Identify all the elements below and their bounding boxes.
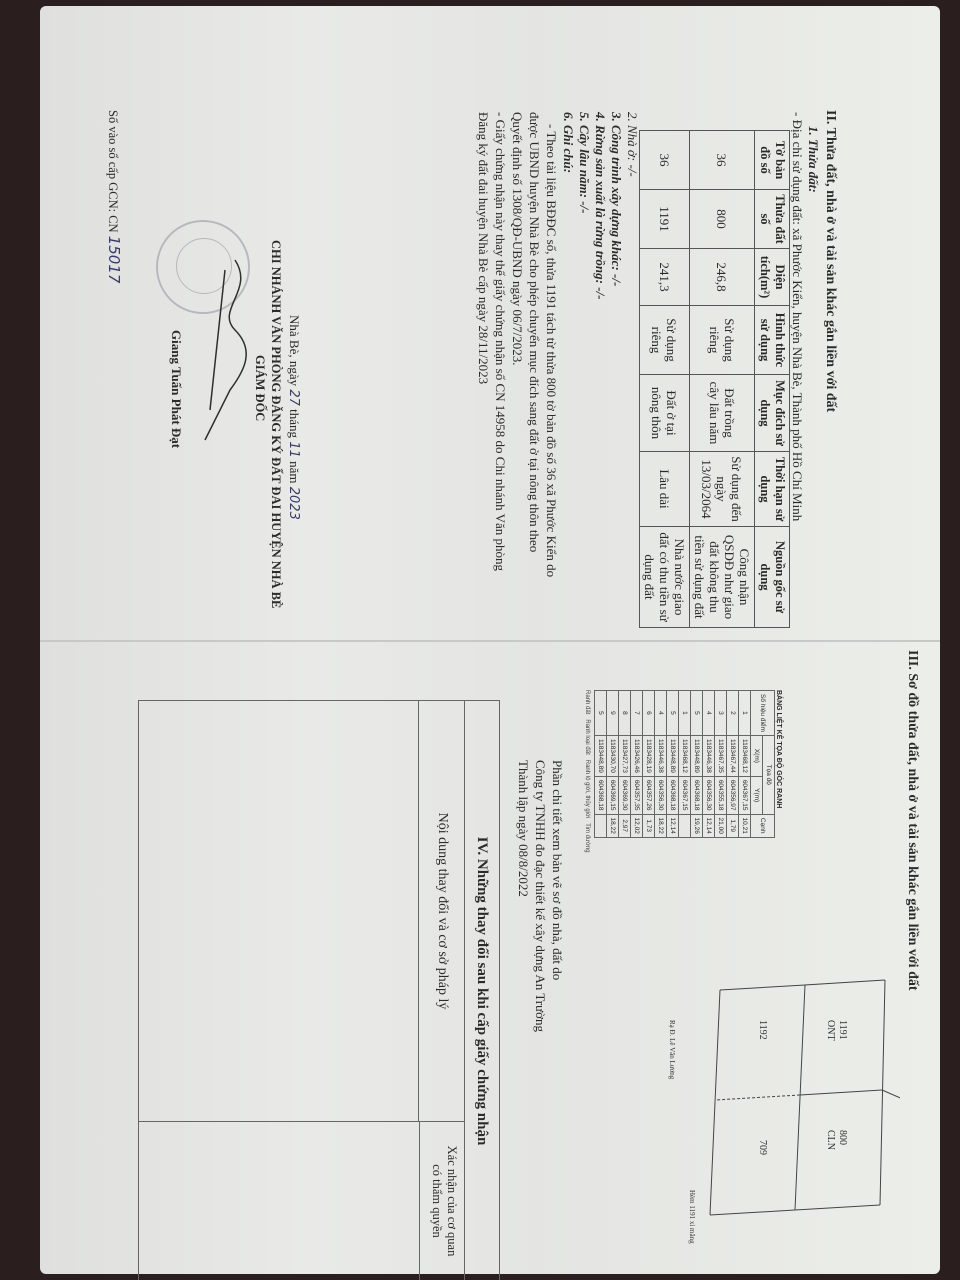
coord-cell: 21,00 (715, 814, 727, 837)
year-label: năm (287, 461, 302, 483)
map-legend: Ranh đất Ranh loại đất Ranh lộ giới, thủ… (584, 690, 590, 853)
parcel-1191-use: ONT (825, 1020, 836, 1041)
coord-cell: 1183468,12 (679, 735, 691, 776)
coord-col-y: Y(m) (751, 776, 763, 814)
table-row: 36 800 246,8 Sử dụng riêng Đất trồng cây… (690, 131, 755, 628)
section2-title: II. Thửa đất, nhà ở và tài sản khác gắn … (822, 110, 838, 412)
note-line: Đăng ký đất đai huyện Nhà Bè cấp ngày 28… (475, 112, 491, 384)
date-prefix: Nhà Bè, ngày (287, 315, 302, 386)
coord-row: 31183467,35604355,1821,00 (715, 691, 727, 838)
col-parcel: Thửa đất số (755, 190, 790, 249)
signer-name: Giang Tuấn Phát Đạt (168, 330, 184, 448)
table-row: 36 1191 241,3 Sử dụng riêng Đất ở tại nô… (640, 131, 690, 628)
legend-item: Ranh đất (584, 690, 590, 714)
item-perennial: 5. Cây lâu năm: -/- (576, 112, 592, 213)
date-day: 27 (286, 389, 301, 406)
coord-row: 71183426,46604357,3512,02 (631, 691, 643, 838)
cell: Nhà nước giao đất có thu tiền sử dụng đấ… (640, 527, 690, 628)
item-house: 2. Nhà ở: -/- (624, 112, 640, 177)
coord-table: Số hiệu điểm Tọa độ Cạnh X(m) Y(m) 11183… (594, 690, 775, 838)
coord-cell: 5 (595, 691, 607, 736)
land-address: - Địa chỉ sử dụng đất: xã Phước Kiển, hu… (789, 112, 805, 521)
coord-row: 51183448,89604368,18 (595, 691, 607, 838)
note-line: được UBND huyện Nhà Bè cho phép chuyển m… (526, 112, 542, 552)
coord-cell: 604356,30 (655, 776, 667, 814)
coord-row: 11183468,12604367,1510,21 (739, 691, 751, 838)
coord-row: 41183446,38604356,3018,22 (655, 691, 667, 838)
coord-cell: 604368,18 (667, 776, 679, 814)
coord-cell: 604356,97 (727, 776, 739, 814)
register-number: Số vào sổ cấp GCN: CN 15017 (105, 110, 122, 283)
coord-cell: 18,22 (655, 814, 667, 837)
coord-cell: 1 (739, 691, 751, 736)
rotated-document: II. Thửa đất, nhà ở và tài sản khác gắn … (0, 0, 960, 1280)
coord-cell: 1183467,35 (715, 735, 727, 776)
coord-cell: 1 (679, 691, 691, 736)
item-notes: 6. Ghi chú: (560, 112, 576, 173)
coord-cell: 604357,35 (631, 776, 643, 814)
col-origin: Nguồn gốc sử dụng (755, 527, 790, 628)
detail-note: Phần chi tiết xem bản vẽ sơ đồ nhà, đất … (549, 760, 565, 980)
signature-scribble (195, 250, 265, 450)
coord-cell: 12,14 (703, 814, 715, 837)
coord-row: 91183430,70604369,1518,22 (607, 691, 619, 838)
coord-col-edge: Cạnh (751, 814, 775, 837)
sign-date: Nhà Bè, ngày 27 tháng 11 năm 2023 (285, 315, 302, 520)
changes-col-confirm: Xác nhận của cơ quan có thẩm quyền (419, 1121, 465, 1280)
section3-title: III. Sơ đồ thửa đất, nhà ở và tài sản kh… (904, 650, 920, 991)
coord-cell: 12,14 (667, 814, 679, 837)
coord-row: 61183428,19604357,261,73 (643, 691, 655, 838)
coord-cell: 604367,15 (739, 776, 751, 814)
coord-cell: 604355,18 (715, 776, 727, 814)
coord-cell: 1183430,70 (607, 735, 619, 776)
coord-cell: 1183428,19 (643, 735, 655, 776)
parcel-1192-label: 1192 (757, 1020, 768, 1040)
parcel-map: 1191 ONT 800 CLN 1192 709 704 Hẻm 1191 x… (600, 960, 900, 1280)
col-term: Thời hạn sử dụng (755, 452, 790, 527)
month-label: tháng (287, 409, 302, 438)
parcel-800-use: CLN (825, 1130, 836, 1150)
cell: Sử dụng riêng (640, 306, 690, 375)
coord-cell: 604367,15 (679, 776, 691, 814)
coord-cell: 1,73 (643, 814, 655, 837)
note-line: - Giấy chứng nhận này thay thế giấy chứn… (492, 112, 508, 571)
coord-cell: 4 (703, 691, 715, 736)
item-construction: 3. Công trình xây dựng khác: -/- (608, 112, 624, 286)
cell: Sử dụng đến ngày 13/03/2064 (690, 452, 755, 527)
coord-cell: 604368,18 (595, 776, 607, 814)
register-label: Số vào sổ cấp GCN: CN (106, 110, 120, 233)
coord-cell: 1183468,12 (739, 735, 751, 776)
coord-cell: 4 (655, 691, 667, 736)
coord-cell: 6 (643, 691, 655, 736)
confirm-line1: Xác nhận của cơ quan (444, 1121, 459, 1280)
cell: Công nhận QSDĐ như giao đất không thu ti… (690, 527, 755, 628)
coord-cell: 8 (619, 691, 631, 736)
coord-cell: 604368,18 (691, 776, 703, 814)
parcel-1191-label: 1191 (837, 1020, 848, 1040)
item-forest: 4. Rừng sản xuất là rừng trồng: -/- (592, 112, 608, 300)
section4-title: IV. Những thay đổi sau khi cấp giấy chứn… (464, 701, 499, 1280)
coord-cell: 5 (691, 691, 703, 736)
coord-row: 41183446,38604356,3012,14 (703, 691, 715, 838)
cell: 1191 (640, 190, 690, 249)
cell: 241,3 (640, 249, 690, 306)
legend-item: Ranh loại đất (584, 719, 590, 754)
cell: 800 (690, 190, 755, 249)
note-line: Quyết định số 1308/QĐ-UBND ngày 06/7/202… (509, 112, 525, 366)
parcel-709-label: 709 (757, 1140, 768, 1155)
coord-cell: 604369,30 (619, 776, 631, 814)
coord-cell: 3 (715, 691, 727, 736)
cell: Sử dụng riêng (690, 306, 755, 375)
coord-cell: 604369,15 (607, 776, 619, 814)
note-line: - Theo tài liệu BĐĐC số, thửa 1191 tách … (543, 124, 559, 577)
coord-cell: 604356,30 (703, 776, 715, 814)
cell: 36 (690, 131, 755, 190)
col-purpose: Mục đích sử dụng (755, 375, 790, 452)
coord-row: 21183467,44604356,971,79 (727, 691, 739, 838)
coord-row: 51183448,89604368,1819,26 (691, 691, 703, 838)
date-month: 11 (286, 441, 301, 458)
coord-cell: 5 (667, 691, 679, 736)
coord-cell (679, 814, 691, 837)
coord-cell (595, 814, 607, 837)
confirm-line2: có thẩm quyền (429, 1121, 444, 1280)
coord-cell: 19,26 (691, 814, 703, 837)
section2-subtitle: 1. Thửa đất: (805, 126, 821, 193)
coord-col-point: Số hiệu điểm (751, 691, 775, 736)
coord-cell: 1183427,73 (619, 735, 631, 776)
coord-cell: 1183448,89 (595, 735, 607, 776)
signing-office: CHI NHÁNH VĂN PHÒNG ĐĂNG KÝ ĐẤT ĐAI HUYỆ… (268, 240, 284, 608)
coord-cell: 7 (631, 691, 643, 736)
cell: Lâu dài (640, 452, 690, 527)
cell: 36 (640, 131, 690, 190)
changes-col-content: Nội dung thay đổi và cơ sở pháp lý (418, 701, 465, 1122)
alley-label: Hẻm 1191 xi măng (688, 1190, 696, 1244)
coord-cell: 1183448,89 (691, 735, 703, 776)
coord-cell: 12,02 (631, 814, 643, 837)
coord-cell: 604357,26 (643, 776, 655, 814)
coord-col-x: X(m) (751, 735, 763, 776)
col-area: Diện tích(m²) (755, 249, 790, 306)
cell: Đất ở tại nông thôn (640, 375, 690, 452)
parcel-800-label: 800 (837, 1130, 848, 1145)
coord-col-group: Tọa độ (763, 735, 775, 814)
coord-row: 11183468,12604367,15 (679, 691, 691, 838)
survey-company: Công ty TNHH đo đạc thiết kế xây dựng An… (532, 760, 548, 1032)
coord-row: 51183448,89604368,1812,14 (667, 691, 679, 838)
changes-divider (139, 1121, 419, 1122)
company-established: Thành lập ngày 08/8/2022 (515, 760, 531, 897)
changes-table: IV. Những thay đổi sau khi cấp giấy chứn… (138, 700, 500, 1280)
coord-cell: 18,22 (607, 814, 619, 837)
coord-cell: 9 (607, 691, 619, 736)
col-usage-form: Hình thức sử dụng (755, 306, 790, 375)
legend-item: Ranh lộ giới, thủy giới (584, 760, 590, 819)
coord-cell: 1183426,46 (631, 735, 643, 776)
coord-table-body: 11183468,12604367,1510,2121183467,446043… (595, 691, 751, 838)
coord-row: 81183427,73604369,302,97 (619, 691, 631, 838)
date-year: 2023 (286, 487, 301, 520)
coord-cell: 1,79 (727, 814, 739, 837)
page-left: II. Thửa đất, nhà ở và tài sản khác gắn … (0, 0, 960, 640)
coord-cell: 1183446,38 (655, 735, 667, 776)
coord-cell: 10,21 (739, 814, 751, 837)
coord-cell: 2 (727, 691, 739, 736)
coord-cell: 1183446,38 (703, 735, 715, 776)
coord-cell: 1183448,89 (667, 735, 679, 776)
cell: Đất trồng cây lâu năm (690, 375, 755, 452)
parcel-704-label: 704 (897, 1110, 900, 1125)
coord-cell: 2,97 (619, 814, 631, 837)
road-label: Rạ Đ. Lê Văn Lương (668, 1020, 676, 1080)
cell: 246,8 (690, 249, 755, 306)
register-value: 15017 (105, 236, 123, 284)
col-map-sheet: Tờ bản đồ số (755, 131, 790, 190)
coord-cell: 1183467,44 (727, 735, 739, 776)
land-table: Tờ bản đồ số Thửa đất số Diện tích(m²) H… (639, 130, 790, 628)
legend-item: Tim đường (584, 823, 590, 852)
